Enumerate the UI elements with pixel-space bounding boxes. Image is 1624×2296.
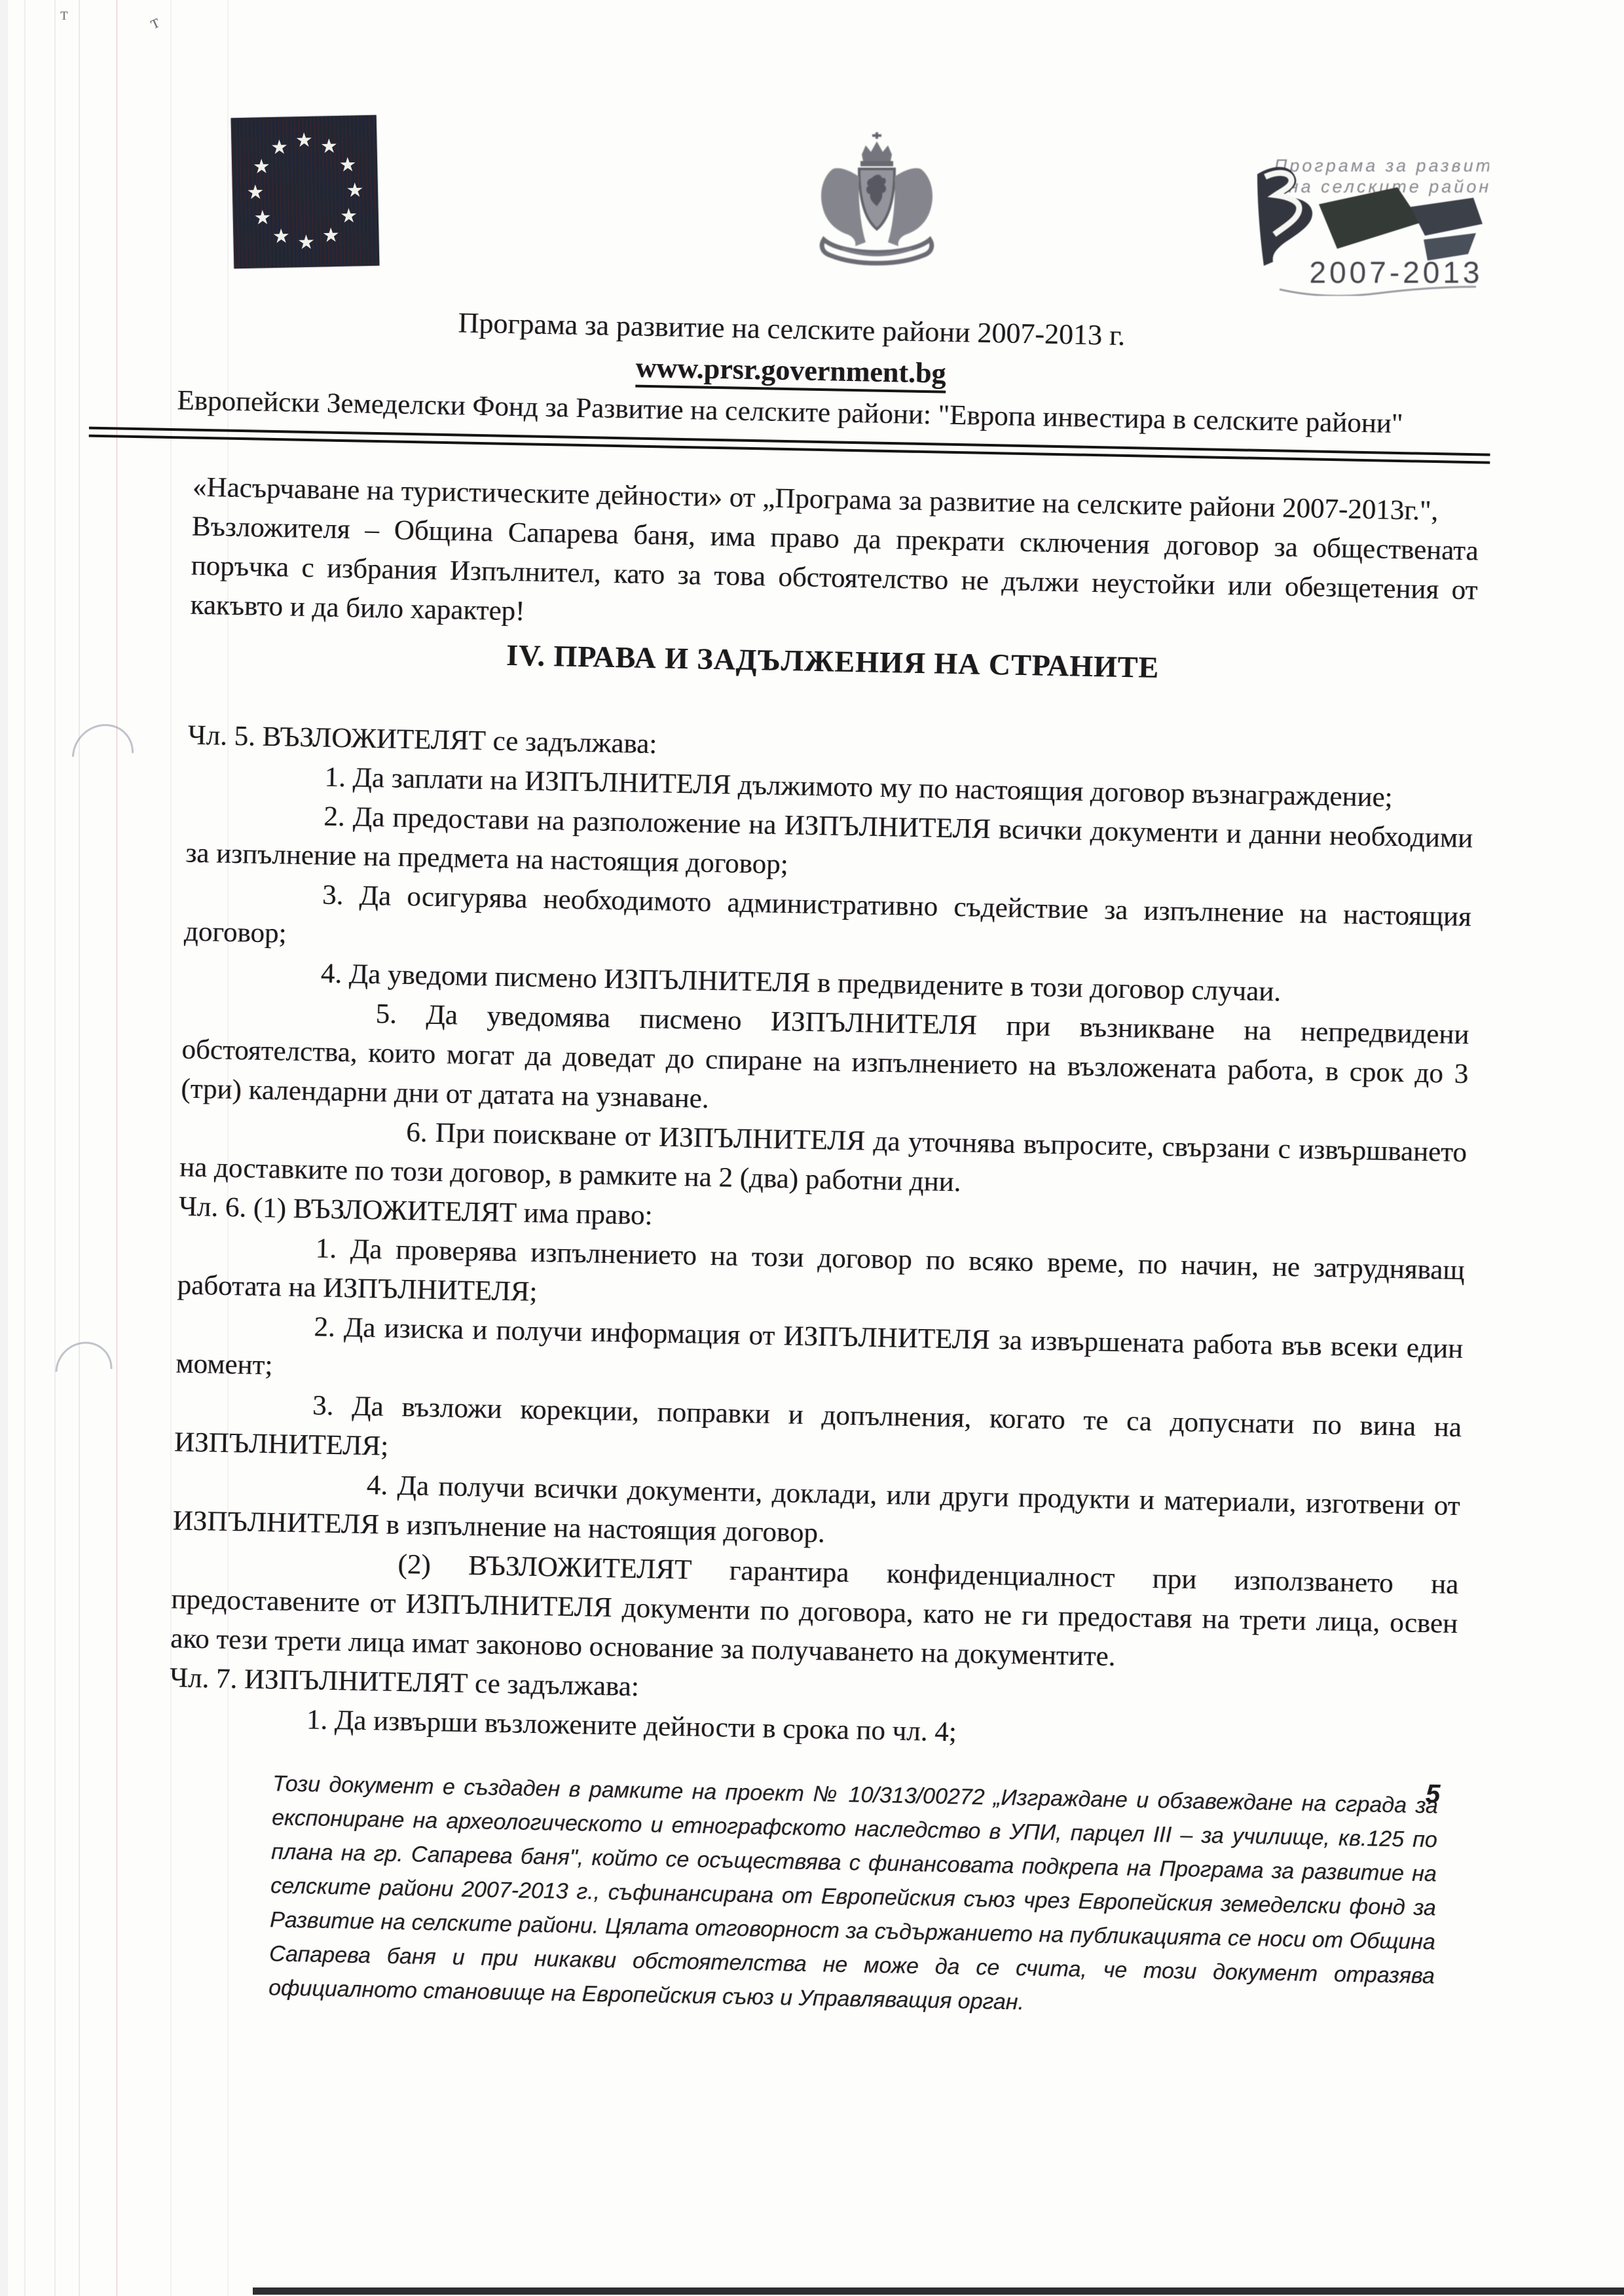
eu-flag-star: ★ — [320, 137, 339, 157]
eu-flag-star: ★ — [340, 206, 358, 227]
prsr-logo-line1: Програма за развитие — [1274, 156, 1489, 175]
scanned-contract-page: т т ★★★★★★★★★★★★ Програма за развитие на… — [0, 0, 1624, 2296]
footer-disclaimer: Този документ е създаден в рамките на пр… — [268, 1766, 1439, 2027]
footer: 5 Този документ е създаден в рамките на … — [164, 1764, 1455, 2028]
eu-flag-star: ★ — [297, 233, 316, 253]
eu-flag-star: ★ — [246, 183, 265, 203]
eu-flag-star: ★ — [346, 181, 364, 201]
document-content: Програма за развитие на селските райони … — [59, 288, 1493, 2028]
eu-flag-star: ★ — [253, 157, 271, 177]
prsr-field — [1319, 187, 1421, 249]
clauses: Чл. 5. ВЪЗЛОЖИТЕЛЯТ се задължава:1. Да з… — [169, 716, 1475, 1762]
eu-flag-star: ★ — [295, 131, 314, 151]
scan-bottom-bar — [253, 2287, 1624, 2295]
intro-paragraph: Възложителя – Община Сапарева баня, има … — [190, 507, 1479, 650]
scan-edge-shade — [0, 0, 8, 2296]
ink-mark: т — [60, 4, 68, 24]
eu-flag-star: ★ — [339, 155, 357, 175]
clause-paragraph: 5. Да уведомява писмено ИЗПЪЛНИТЕЛЯ при … — [181, 991, 1469, 1133]
scanner-streak — [24, 0, 26, 2296]
bulgaria-coat-of-arms-logo — [804, 130, 950, 276]
eu-flag-logo: ★★★★★★★★★★★★ — [231, 115, 380, 269]
eu-flag-star: ★ — [253, 208, 272, 228]
prsr-logo-years: 2007-2013 — [1310, 255, 1483, 289]
ink-mark: т — [147, 11, 163, 34]
eu-flag-star: ★ — [272, 227, 291, 247]
prsr-field — [1411, 198, 1483, 236]
page-number: 5 — [1426, 1779, 1441, 1809]
eu-flag-star: ★ — [270, 138, 289, 158]
contract-body: «Насърчаване на туристическите дейности»… — [59, 437, 1490, 2028]
eu-flag-star: ★ — [322, 225, 341, 246]
prsr-2007-2013-logo: Програма за развитие на селските райони … — [1246, 144, 1489, 296]
scanner-streak — [54, 0, 56, 2296]
website-url: www.prsr.government.bg — [635, 352, 946, 393]
document-header: Програма за развитие на селските райони … — [89, 288, 1492, 447]
intro-paragraphs: «Насърчаване на туристическите дейности»… — [190, 468, 1479, 650]
